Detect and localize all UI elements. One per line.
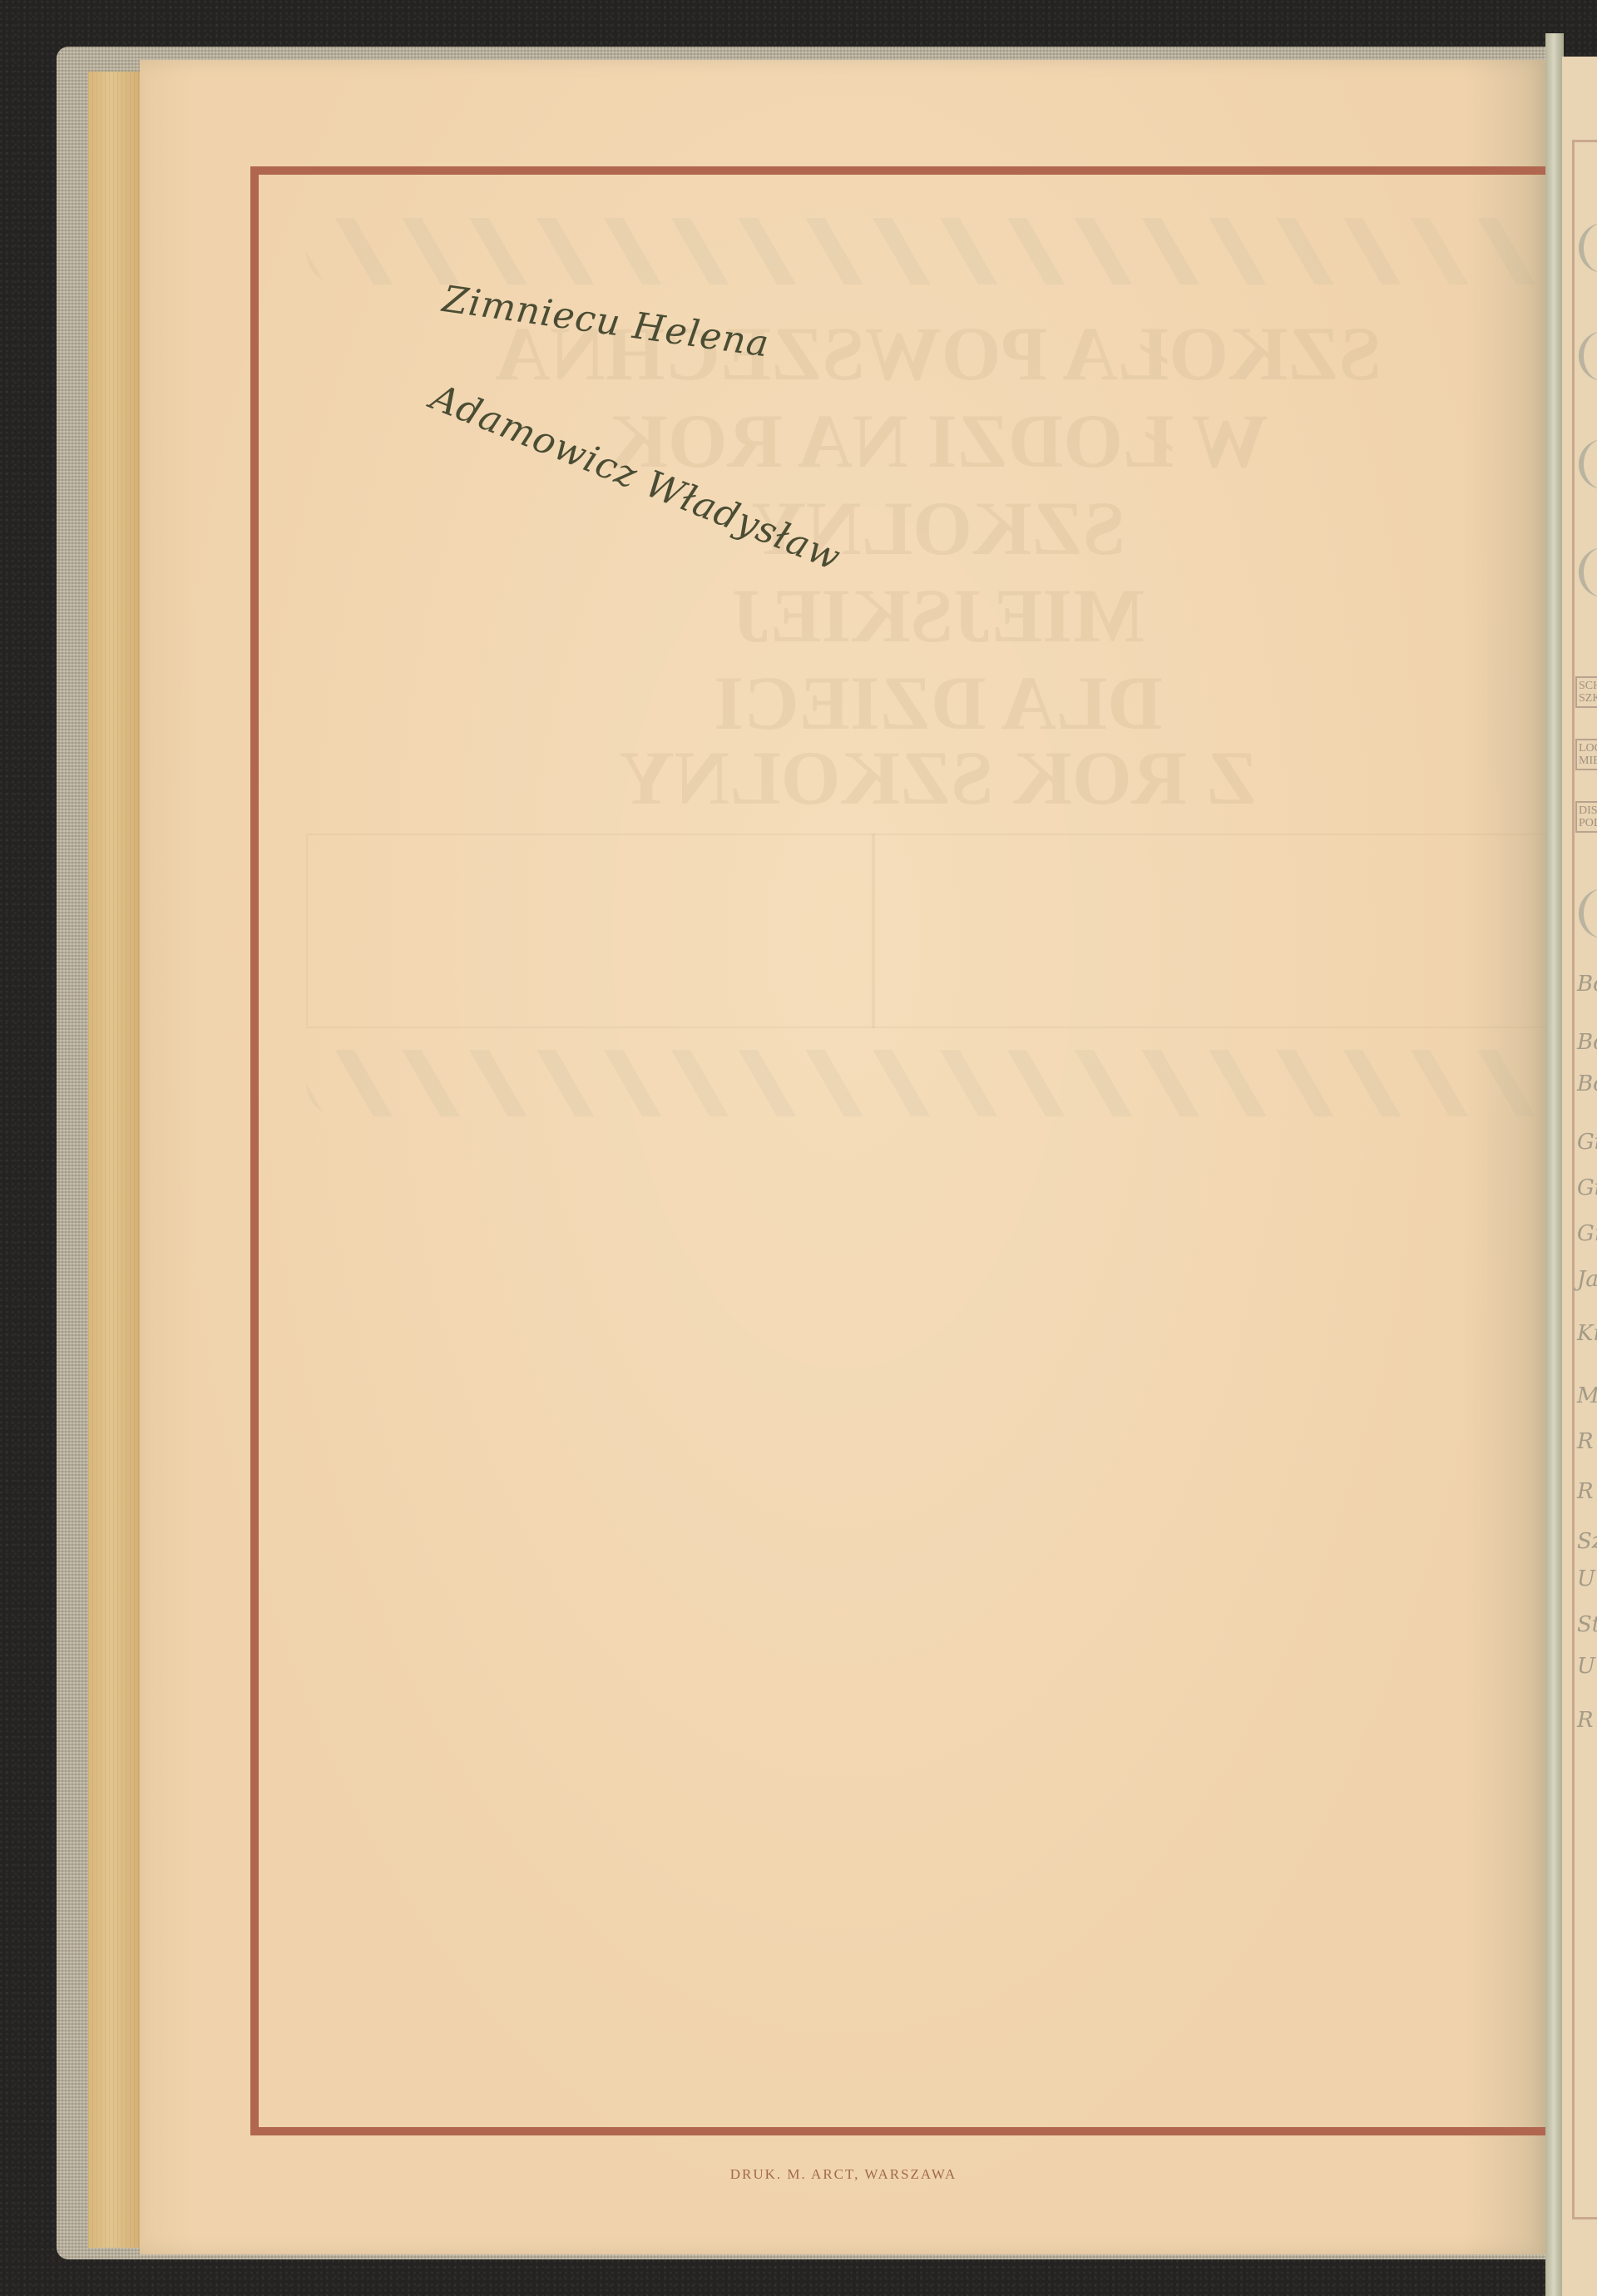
decorative-border-frame xyxy=(250,166,1586,2135)
printer-imprint: DRUK. M. ARCT, WARSZAWA xyxy=(140,2166,1547,2183)
next-page-script-text: St xyxy=(1577,1612,1597,1637)
next-page-script-text: Boh xyxy=(1577,1030,1597,1055)
next-page-script-text: Gi xyxy=(1577,1130,1597,1155)
page-block-edges xyxy=(88,72,145,2248)
next-page-script-text: R xyxy=(1577,1479,1594,1504)
next-page-script-text: Bor xyxy=(1577,1071,1597,1096)
next-page-script-text: Gi xyxy=(1577,1175,1597,1200)
book-gutter xyxy=(1545,33,1564,2296)
next-page-script-text: R xyxy=(1577,1429,1594,1454)
next-page-script-text: Bo xyxy=(1577,972,1597,997)
next-page-script-text: M xyxy=(1577,1383,1597,1408)
next-page-script-text: Krz xyxy=(1577,1321,1597,1346)
next-page-box-label: DIST POL xyxy=(1575,801,1597,833)
next-page-script-text: U xyxy=(1577,1654,1595,1679)
next-page-script-text: Gr xyxy=(1577,1221,1597,1246)
next-page-script-text: Ja xyxy=(1577,1267,1597,1292)
next-page-box-label: LOC MIE xyxy=(1575,739,1597,770)
next-page-box-label: SCH SZK xyxy=(1575,676,1597,708)
book-page: SZKOŁA POWSZECHNA W ŁODZI NA ROK SZKOLNY… xyxy=(140,60,1547,2254)
next-page-script-text: Sz xyxy=(1577,1529,1597,1554)
next-page-script-text: U xyxy=(1577,1566,1595,1591)
next-page-edge: SCH SZK LOC MIE DIST POL Bo Boh Bor Gi G… xyxy=(1562,57,1597,2296)
next-page-script-text: R xyxy=(1577,1708,1594,1733)
